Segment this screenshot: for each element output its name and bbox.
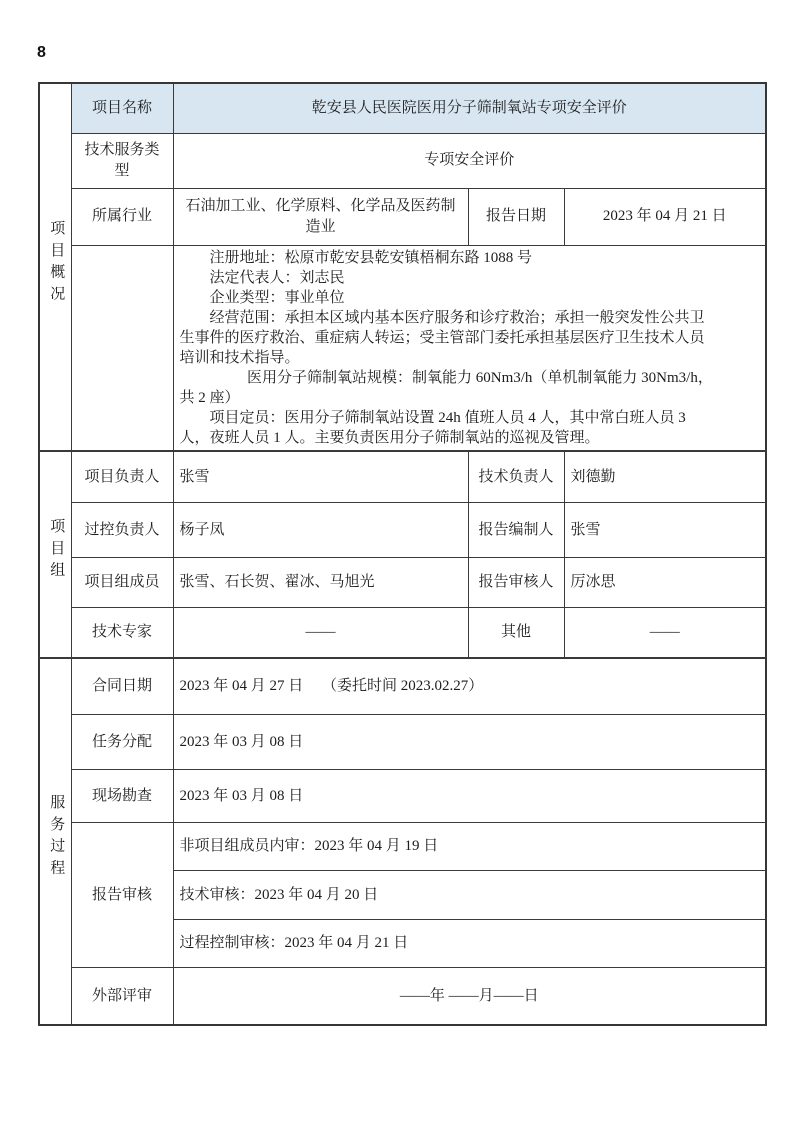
detail-line: 培训和技术指导。 bbox=[180, 348, 760, 368]
project-name-value: 乾安县人民医院医用分子筛制氧站专项安全评价 bbox=[173, 83, 766, 133]
site-survey-label: 现场勘查 bbox=[71, 770, 173, 823]
external-review-value: ——年 ——月——日 bbox=[173, 968, 766, 1025]
tech-leader-label: 技术负责人 bbox=[468, 451, 564, 503]
section-label-overview-text: 项目概况 bbox=[46, 220, 66, 307]
detail-line: 医用分子筛制氧站规模：制氧能力 60Nm3/h（单机制氧能力 30Nm3/h， bbox=[180, 368, 760, 388]
process-control-leader-label: 过控负责人 bbox=[71, 503, 173, 558]
table-row: 技术服务类型 专项安全评价 bbox=[39, 133, 766, 188]
detail-line: 注册地址：松原市乾安县乾安镇梧桐东路 1088 号 bbox=[180, 248, 760, 268]
contract-date-value: 2023 年 04 月 27 日 （委托时间 2023.02.27） bbox=[173, 658, 766, 715]
tech-expert-value: —— bbox=[173, 608, 468, 658]
report-author-label: 报告编制人 bbox=[468, 503, 564, 558]
internal-review-value: 非项目组成员内审：2023 年 04 月 19 日 bbox=[173, 823, 766, 871]
industry-value: 石油加工业、化学原料、化学品及医药制造业 bbox=[173, 188, 468, 245]
report-date-label: 报告日期 bbox=[468, 188, 564, 245]
process-control-leader-value: 杨子凤 bbox=[173, 503, 468, 558]
tech-leader-value: 刘德勤 bbox=[564, 451, 766, 503]
tech-expert-label: 技术专家 bbox=[71, 608, 173, 658]
task-assignment-value: 2023 年 03 月 08 日 bbox=[173, 715, 766, 770]
page-number: 8 bbox=[37, 44, 46, 62]
section-label-process-text: 服务过程 bbox=[46, 794, 66, 881]
table-row: 项目组 项目负责人 张雪 技术负责人 刘德勤 bbox=[39, 451, 766, 503]
detail-line: 生事件的医疗救治、重症病人转运；受主管部门委托承担基层医疗卫生技术人员 bbox=[180, 328, 760, 348]
section-label-overview: 项目概况 bbox=[39, 83, 71, 451]
project-info-table: 项目概况 项目名称 乾安县人民医院医用分子筛制氧站专项安全评价 技术服务类型 专… bbox=[38, 82, 767, 1026]
contract-date-label: 合同日期 bbox=[71, 658, 173, 715]
service-type-value: 专项安全评价 bbox=[173, 133, 766, 188]
table-row: 所属行业 石油加工业、化学原料、化学品及医药制造业 报告日期 2023 年 04… bbox=[39, 188, 766, 245]
empty-label-cell bbox=[71, 245, 173, 451]
table-row: 外部评审 ——年 ——月——日 bbox=[39, 968, 766, 1025]
detail-line: 经营范围：承担本区域内基本医疗服务和诊疗救治；承担一般突发性公共卫 bbox=[180, 308, 760, 328]
other-label: 其他 bbox=[468, 608, 564, 658]
detail-line: 法定代表人：刘志民 bbox=[180, 268, 760, 288]
table-row: 过控负责人 杨子凤 报告编制人 张雪 bbox=[39, 503, 766, 558]
external-review-label: 外部评审 bbox=[71, 968, 173, 1025]
report-date-value: 2023 年 04 月 21 日 bbox=[564, 188, 766, 245]
section-label-team: 项目组 bbox=[39, 451, 71, 658]
service-type-label: 技术服务类型 bbox=[71, 133, 173, 188]
team-members-label: 项目组成员 bbox=[71, 558, 173, 608]
table-row: 服务过程 合同日期 2023 年 04 月 27 日 （委托时间 2023.02… bbox=[39, 658, 766, 715]
technical-review-value: 技术审核：2023 年 04 月 20 日 bbox=[173, 871, 766, 920]
table-row: 现场勘查 2023 年 03 月 08 日 bbox=[39, 770, 766, 823]
section-label-process: 服务过程 bbox=[39, 658, 71, 1025]
report-reviewer-value: 厉冰思 bbox=[564, 558, 766, 608]
industry-label: 所属行业 bbox=[71, 188, 173, 245]
report-author-value: 张雪 bbox=[564, 503, 766, 558]
detail-line: 项目定员：医用分子筛制氧站设置 24h 值班人员 4 人，其中常白班人员 3 bbox=[180, 408, 760, 428]
company-details: 注册地址：松原市乾安县乾安镇梧桐东路 1088 号 法定代表人：刘志民 企业类型… bbox=[173, 245, 766, 451]
site-survey-value: 2023 年 03 月 08 日 bbox=[173, 770, 766, 823]
project-leader-value: 张雪 bbox=[173, 451, 468, 503]
detail-line: 企业类型：事业单位 bbox=[180, 288, 760, 308]
report-reviewer-label: 报告审核人 bbox=[468, 558, 564, 608]
other-value: —— bbox=[564, 608, 766, 658]
section-label-team-text: 项目组 bbox=[46, 518, 66, 583]
table-row: 注册地址：松原市乾安县乾安镇梧桐东路 1088 号 法定代表人：刘志民 企业类型… bbox=[39, 245, 766, 451]
table-row: 项目概况 项目名称 乾安县人民医院医用分子筛制氧站专项安全评价 bbox=[39, 83, 766, 133]
report-review-label: 报告审核 bbox=[71, 823, 173, 968]
team-members-value: 张雪、石长贺、翟冰、马旭光 bbox=[173, 558, 468, 608]
table-row: 技术专家 —— 其他 —— bbox=[39, 608, 766, 658]
task-assignment-label: 任务分配 bbox=[71, 715, 173, 770]
project-name-label: 项目名称 bbox=[71, 83, 173, 133]
table-row: 报告审核 非项目组成员内审：2023 年 04 月 19 日 bbox=[39, 823, 766, 871]
detail-line: 共 2 座） bbox=[180, 388, 760, 408]
table-row: 任务分配 2023 年 03 月 08 日 bbox=[39, 715, 766, 770]
table-row: 项目组成员 张雪、石长贺、翟冰、马旭光 报告审核人 厉冰思 bbox=[39, 558, 766, 608]
detail-line: 人，夜班人员 1 人。主要负责医用分子筛制氧站的巡视及管理。 bbox=[180, 428, 760, 448]
process-control-review-value: 过程控制审核：2023 年 04 月 21 日 bbox=[173, 920, 766, 968]
project-leader-label: 项目负责人 bbox=[71, 451, 173, 503]
